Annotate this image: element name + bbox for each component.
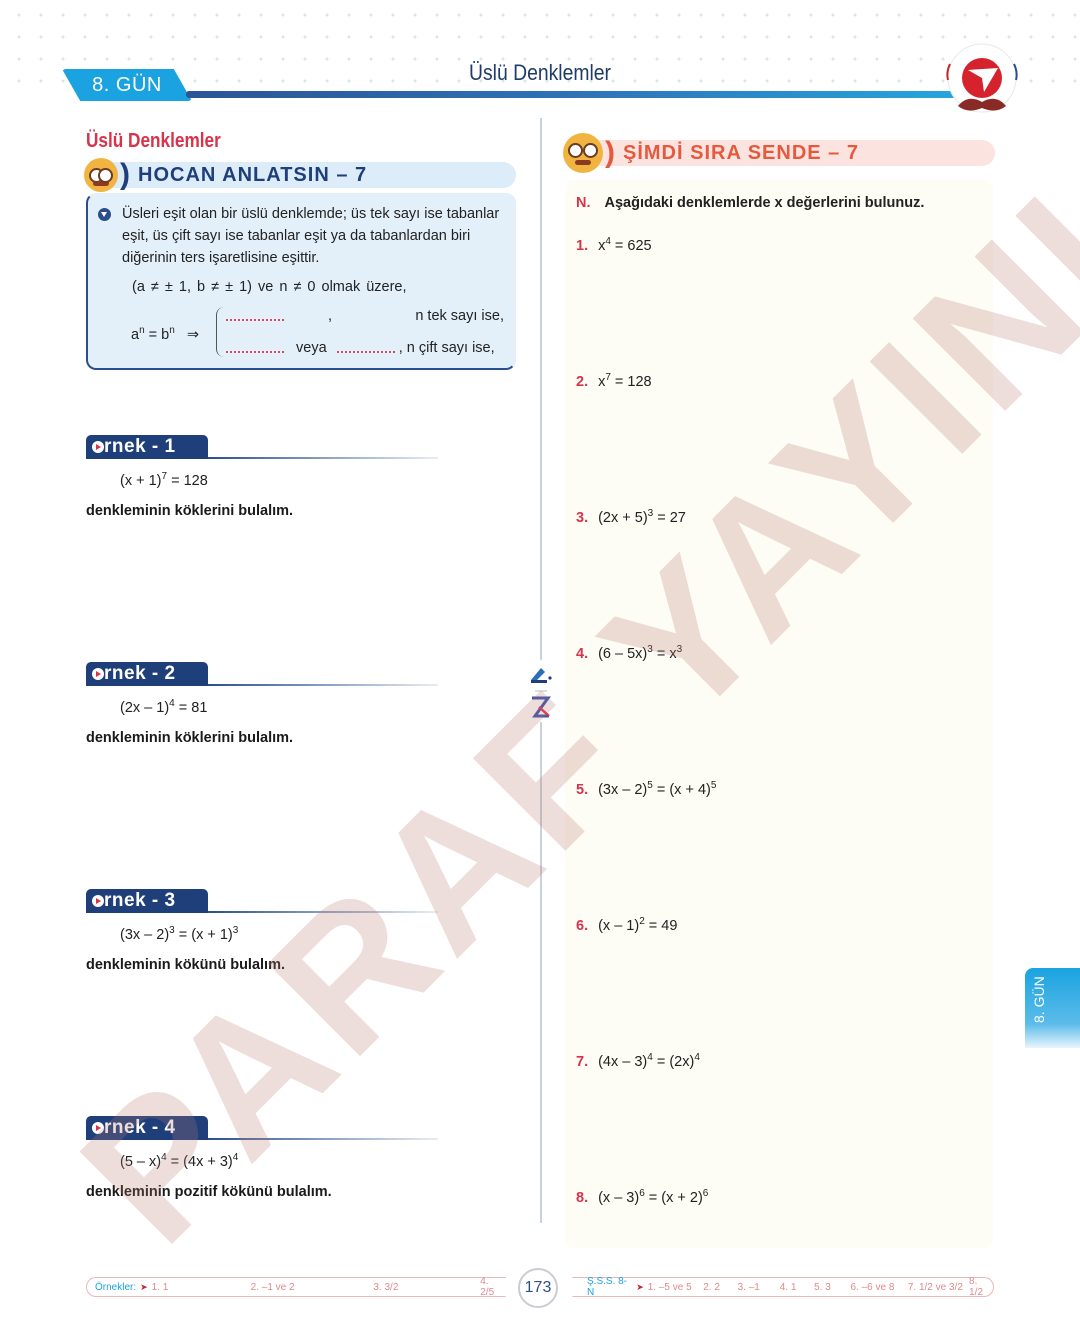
rule-box: Üsleri eşit olan bir üslü denklemde; üs … bbox=[86, 193, 516, 370]
section-title: Üslü Denklemler bbox=[86, 130, 221, 153]
problem-7: 7.(4x – 3)4 = (2x)4 bbox=[576, 1052, 700, 1070]
problem-6: 6.(x – 1)2 = 49 bbox=[576, 916, 677, 934]
play-icon bbox=[92, 1122, 104, 1134]
example-label: rnek - 4 bbox=[86, 1116, 208, 1140]
play-icon bbox=[92, 895, 104, 907]
rule-text: Üsleri eşit olan bir üslü denklemde; üs … bbox=[122, 203, 510, 269]
example-label: rnek - 3 bbox=[86, 889, 208, 913]
practice-answer-key: Ş.S.S. 8-N ➤ 1. –5 ve 5 2. 2 3. –1 4. 1 … bbox=[572, 1277, 994, 1297]
mascot-face-icon bbox=[84, 158, 118, 192]
brace bbox=[216, 307, 224, 357]
example-1: rnek - 1 (x + 1)7 = 128 denkleminin kökl… bbox=[86, 435, 436, 519]
problem-4: 4.(6 – 5x)3 = x3 bbox=[576, 644, 682, 662]
example-2: rnek - 2 (2x – 1)4 = 81 denkleminin kökl… bbox=[86, 662, 436, 746]
arrow-right-icon: ➤ bbox=[636, 1282, 644, 1293]
mascot-face-icon bbox=[563, 133, 603, 173]
paren-decoration: ) bbox=[120, 160, 130, 190]
practice-panel bbox=[565, 180, 993, 1248]
rule-equation: an = bn ⇒ bbox=[131, 325, 199, 343]
paren-decoration: ) bbox=[605, 138, 615, 168]
example-question: denkleminin köklerini bulalım. bbox=[86, 503, 436, 519]
teach-header: ) HOCAN ANLATSIN – 7 bbox=[86, 162, 516, 188]
instruction: N.Aşağıdaki denklemlerde x değerlerini b… bbox=[576, 195, 924, 211]
play-icon bbox=[92, 441, 104, 453]
problem-5: 5.(3x – 2)5 = (x + 4)5 bbox=[576, 780, 716, 798]
arrow-right-icon: ➤ bbox=[140, 1282, 148, 1293]
rule-condition: (a ≠ ± 1, b ≠ ± 1) ve n ≠ 0 olmak üzere, bbox=[132, 279, 407, 295]
page-number: 173 bbox=[518, 1268, 558, 1308]
example-equation: (3x – 2)3 = (x + 1)3 bbox=[120, 925, 436, 943]
publisher-logo-icon bbox=[936, 40, 1028, 122]
problem-2: 2.x7 = 128 bbox=[576, 372, 652, 390]
rule-case-odd: , n tek sayı ise, bbox=[226, 308, 516, 324]
examples-answer-key: Örnekler: ➤ 1. 1 2. –1 ve 2 3. 3/2 4. 2/… bbox=[86, 1277, 506, 1297]
blank-field[interactable] bbox=[226, 343, 284, 353]
brand-mark-icon bbox=[527, 660, 555, 722]
example-4: rnek - 4 (5 – x)4 = (4x + 3)4 denklemini… bbox=[86, 1116, 436, 1200]
chevron-down-icon bbox=[98, 208, 111, 221]
practice-header-title: ŞİMDİ SIRA SENDE – 7 bbox=[623, 142, 859, 165]
problem-1: 1.x4 = 625 bbox=[576, 236, 652, 254]
header-divider bbox=[186, 91, 966, 98]
example-question: denkleminin köklerini bulalım. bbox=[86, 730, 436, 746]
play-icon bbox=[92, 668, 104, 680]
example-equation: (2x – 1)4 = 81 bbox=[120, 698, 436, 716]
blank-field[interactable] bbox=[226, 311, 284, 321]
problem-8: 8.(x – 3)6 = (x + 2)6 bbox=[576, 1188, 708, 1206]
example-question: denkleminin pozitif kökünü bulalım. bbox=[86, 1184, 436, 1200]
problem-3: 3.(2x + 5)3 = 27 bbox=[576, 508, 686, 526]
example-label: rnek - 1 bbox=[86, 435, 208, 459]
practice-header: ) ŞİMDİ SIRA SENDE – 7 bbox=[565, 140, 995, 166]
example-label: rnek - 2 bbox=[86, 662, 208, 686]
example-question: denkleminin kökünü bulalım. bbox=[86, 957, 436, 973]
example-equation: (x + 1)7 = 128 bbox=[120, 471, 436, 489]
blank-field[interactable] bbox=[337, 343, 395, 353]
page-title: Üslü Denklemler bbox=[65, 60, 1015, 86]
side-day-tab: 8. GÜN bbox=[1025, 968, 1080, 1048]
example-equation: (5 – x)4 = (4x + 3)4 bbox=[120, 1152, 436, 1170]
example-3: rnek - 3 (3x – 2)3 = (x + 1)3 denklemini… bbox=[86, 889, 436, 973]
teach-header-title: HOCAN ANLATSIN – 7 bbox=[138, 164, 367, 187]
rule-case-even: veya , n çift sayı ise, bbox=[226, 340, 516, 356]
